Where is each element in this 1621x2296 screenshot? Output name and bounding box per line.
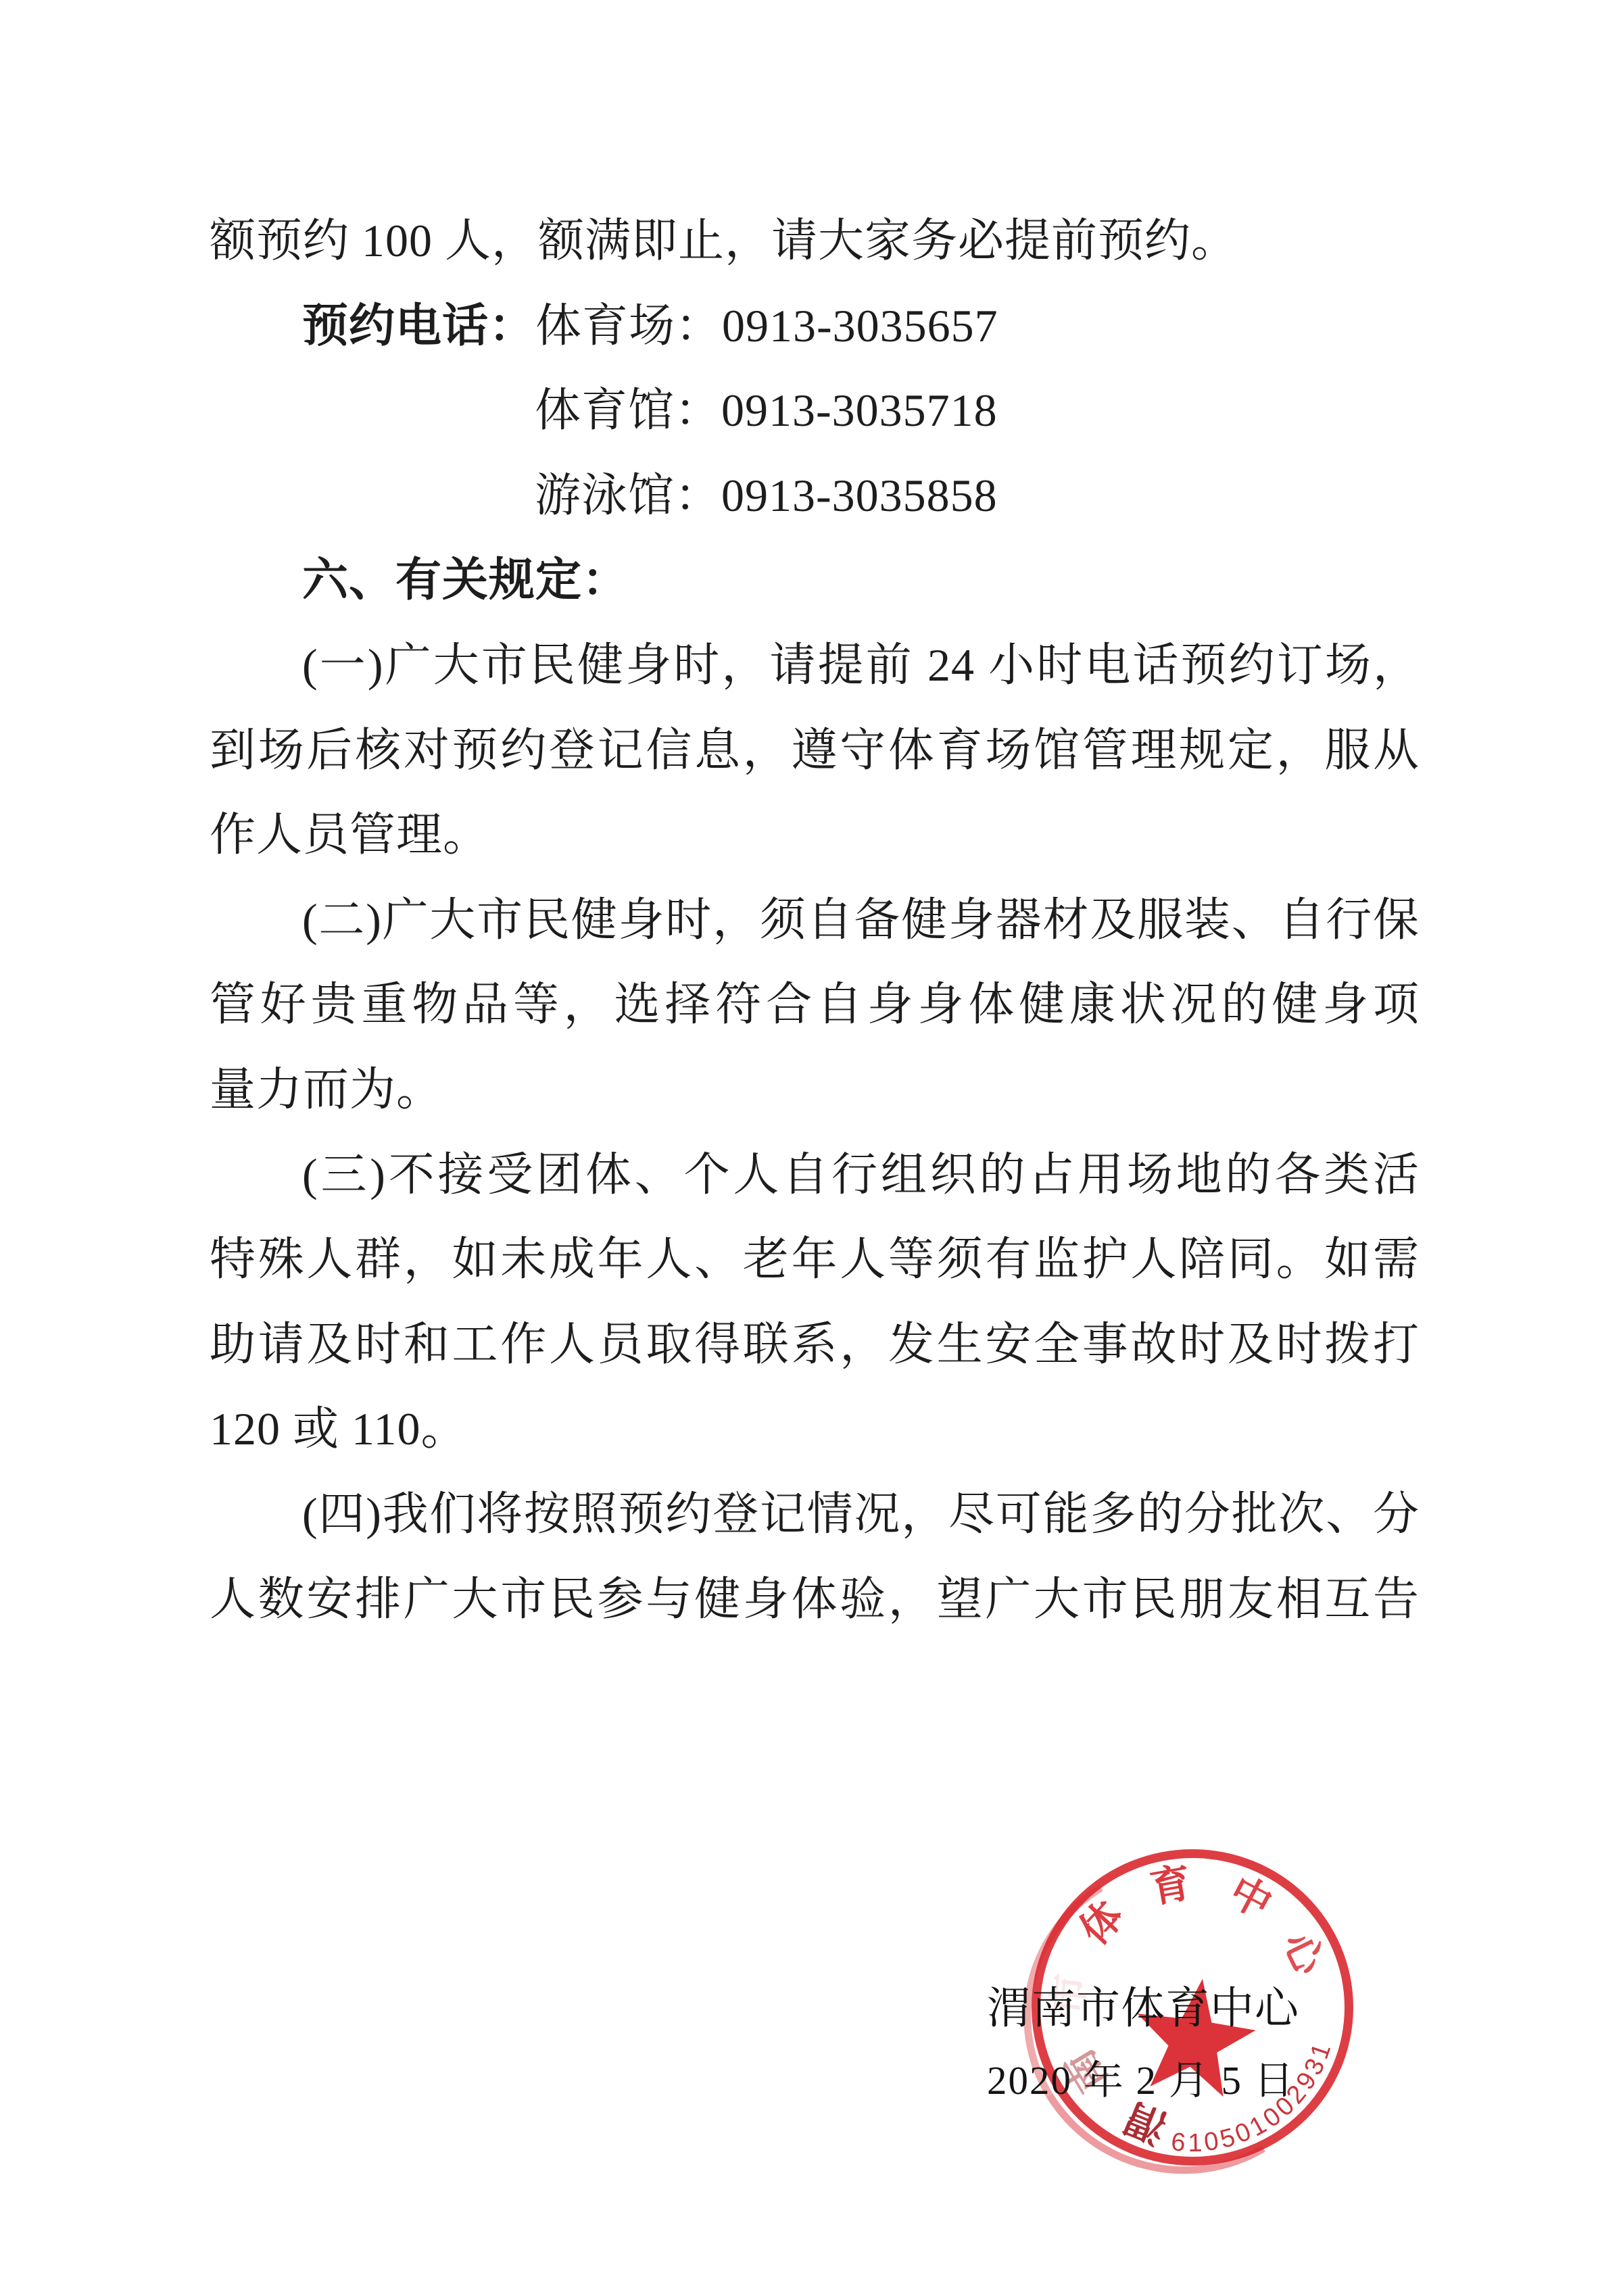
seal-arc-char: 育 (1146, 1861, 1195, 1910)
line-text: 到场后核对预约登记信息，遵守体育场馆管理规定，服从工 (210, 725, 1420, 793)
line-text: 人数安排广大市民参与健身体验，望广大市民朋友相互告知。 (210, 1573, 1420, 1642)
text-line: 120 或 110。 (210, 1387, 1420, 1472)
text-line: 体育馆：0913-3035718 (210, 368, 1420, 454)
document-page: { "page": { "background": "#ffffff", "te… (0, 0, 1621, 2296)
line-text: 六、有关规定： (302, 554, 629, 606)
text-line: 管好贵重物品等，选择符合自身身体健康状况的健身项目， (210, 962, 1420, 1048)
line-text: (四)我们将按照预约登记情况，尽可能多的分批次、分 (302, 1488, 1420, 1540)
text-line: (四)我们将按照预约登记情况，尽可能多的分批次、分 (210, 1472, 1420, 1557)
text-line: (二)广大市民健身时，须自备健身器材及服装、自行保 (210, 878, 1420, 963)
line-text: 作人员管理。 (210, 809, 489, 860)
text-line: 到场后核对预约登记信息，遵守体育场馆管理规定，服从工 (210, 708, 1420, 793)
body-text: 额预约 100 人，额满即止，请大家务必提前预约。预约电话：体育场：0913-3… (210, 199, 1420, 1642)
line-text: 120 或 110。 (210, 1403, 467, 1455)
text-line: (三)不接受团体、个人自行组织的占用场地的各类活动。 (210, 1133, 1420, 1218)
text-line: 量力而为。 (210, 1048, 1420, 1133)
line-text: 助请及时和工作人员取得联系，发生安全事故时及时拨打 (210, 1319, 1420, 1370)
text-line: 六、有关规定： (210, 538, 1420, 623)
text-line: (一)广大市民健身时，请提前 24 小时电话预约订场， (210, 623, 1420, 708)
text-line: 额预约 100 人，额满即止，请大家务必提前预约。 (210, 199, 1420, 284)
text-line: 预约电话：体育场：0913-3035657 (210, 284, 1420, 369)
line-text: 管好贵重物品等，选择符合自身身体健康状况的健身项目， (210, 979, 1420, 1048)
text-line: 作人员管理。 (210, 793, 1420, 878)
text-line: 特殊人群，如未成年人、老年人等须有监护人陪同。如需帮 (210, 1217, 1420, 1302)
line-text: 游泳馆：0913-3035858 (535, 470, 998, 521)
line-text: (三)不接受团体、个人自行组织的占用场地的各类活动。 (302, 1149, 1420, 1218)
line-text: 特殊人群，如未成年人、老年人等须有监护人陪同。如需帮 (210, 1234, 1420, 1302)
line-text: 体育馆：0913-3035718 (535, 385, 998, 436)
line-bold-prefix: 预约电话： (302, 300, 535, 351)
text-line: 人数安排广大市民参与健身体验，望广大市民朋友相互告知。 (210, 1557, 1420, 1642)
line-text: (一)广大市民健身时，请提前 24 小时电话预约订场， (302, 639, 1420, 691)
org-name-text: 渭南市体育中心 (987, 1972, 1299, 2036)
line-text: 额预约 100 人，额满即止，请大家务必提前预约。 (210, 215, 1238, 266)
date-text: 2020 年 2 月 5 日 (987, 2048, 1295, 2105)
text-line: 游泳馆：0913-3035858 (210, 454, 1420, 539)
line-text: 量力而为。 (210, 1064, 443, 1115)
line-text: (二)广大市民健身时，须自备健身器材及服装、自行保 (302, 894, 1420, 946)
line-text: 体育场：0913-3035657 (535, 300, 998, 351)
text-line: 助请及时和工作人员取得联系，发生安全事故时及时拨打 (210, 1302, 1420, 1388)
